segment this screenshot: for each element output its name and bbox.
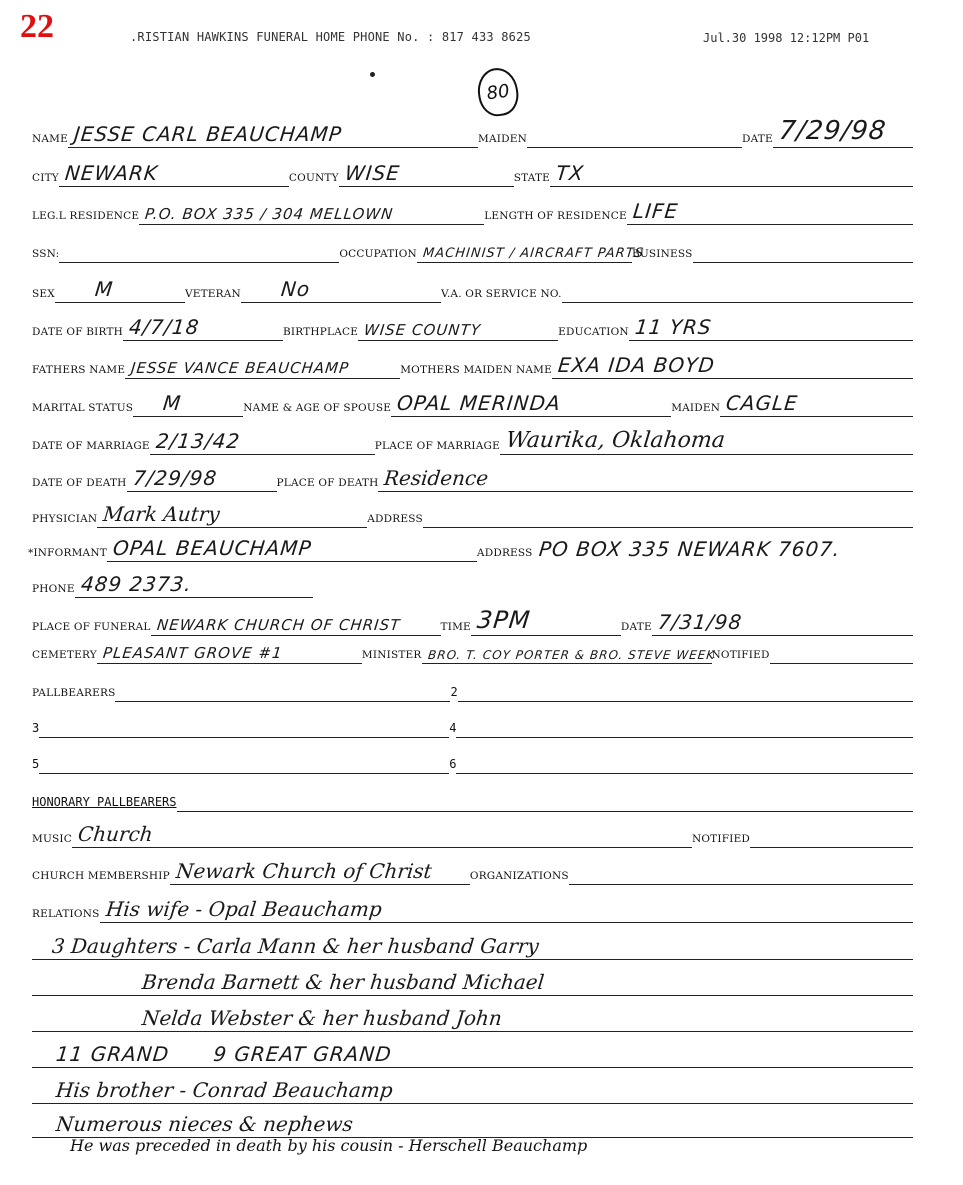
date-of-death-field[interactable]: 7/29/98	[127, 461, 277, 492]
place-of-death-label: Place of Death	[277, 477, 379, 492]
minister-field[interactable]: Bro. T. Coy Porter & Bro. Steve Week	[422, 633, 712, 664]
row-funeral: Place of Funeral Newark Church of Christ…	[32, 606, 913, 636]
spouse-label: Name & Age of Spouse	[243, 402, 391, 417]
speck	[370, 72, 375, 77]
length-of-residence-label: Length of Residence	[484, 210, 627, 225]
organizations-label: Organizations	[470, 870, 569, 885]
row-pallbearers-2: 3 4	[32, 708, 913, 738]
place-of-funeral-field[interactable]: Newark Church of Christ	[151, 605, 441, 636]
spouse-maiden-label: Maiden	[671, 402, 720, 417]
informant-label: *Informant	[28, 547, 107, 562]
county-label: County	[289, 172, 339, 187]
date-field[interactable]: 7/29/98	[773, 117, 913, 148]
physician-field[interactable]: Mark Autry	[97, 497, 367, 528]
cemetery-label: Cemetery	[32, 649, 97, 664]
row-legal-residence: Leg.l Residence P.O. Box 335 / 304 Mello…	[32, 195, 913, 225]
music-notified-field[interactable]	[750, 817, 913, 848]
physician-label: Physician	[32, 513, 97, 528]
informant-address-label: Address	[477, 547, 533, 562]
funeral-time-field[interactable]: 3PM	[471, 605, 621, 636]
city-label: City	[32, 172, 59, 187]
row-pallbearers-1: Pallbearers 2	[32, 672, 913, 702]
row-parents: Fathers Name Jesse Vance Beauchamp Mothe…	[32, 349, 913, 379]
row-church-membership: Church Membership Newark Church of Chris…	[32, 855, 913, 885]
dob-label: Date of Birth	[32, 326, 123, 341]
city-field[interactable]: Newark	[59, 156, 289, 187]
relations-line-2[interactable]: 3 Daughters - Carla Mann & her husband G…	[32, 929, 913, 960]
row-cemetery: Cemetery Pleasant Grove #1 Minister Bro.…	[32, 634, 913, 664]
legal-residence-field[interactable]: P.O. Box 335 / 304 Mellown	[139, 194, 484, 225]
fathers-name-label: Fathers Name	[32, 364, 125, 379]
physician-address-field[interactable]	[423, 497, 913, 528]
place-of-death-field[interactable]: Residence	[378, 461, 913, 492]
relations-line-4[interactable]: Nelda Webster & her husband John	[32, 1001, 913, 1032]
row-dob: Date of Birth 4/7/18 Birthplace Wise Cou…	[32, 311, 913, 341]
row-phone: Phone 489 2373.	[32, 568, 313, 598]
funeral-date-field[interactable]: 7/31/98	[652, 605, 913, 636]
row-city: City Newark County Wise State TX	[32, 157, 913, 187]
spouse-field[interactable]: Opal Merinda	[391, 386, 671, 417]
row-death: Date of Death 7/29/98 Place of Death Res…	[32, 462, 913, 492]
date-label: Date	[742, 133, 773, 148]
pallbearer-3-field[interactable]	[39, 707, 449, 738]
maiden-label: Maiden	[478, 133, 527, 148]
honorary-pallbearers-field[interactable]	[177, 781, 914, 812]
county-field[interactable]: Wise	[339, 156, 514, 187]
pallbearer-2-field[interactable]	[458, 671, 913, 702]
row-ssn: SSN: Occupation Machinist / Aircraft Par…	[32, 233, 913, 263]
relations-line-1[interactable]: His wife - Opal Beauchamp	[100, 892, 914, 923]
relations-line-5[interactable]: 11 Grand 9 Great Grand	[32, 1037, 913, 1068]
church-membership-label: Church Membership	[32, 870, 170, 885]
informant-address-field[interactable]: PO Box 335 Newark 7607.	[533, 532, 913, 562]
sex-field[interactable]: M	[55, 272, 185, 303]
va-service-no-field[interactable]	[562, 272, 913, 303]
cemetery-field[interactable]: Pleasant Grove #1	[97, 633, 362, 664]
relations-line-6[interactable]: His brother - Conrad Beauchamp	[32, 1073, 913, 1104]
birthplace-field[interactable]: Wise County	[358, 310, 558, 341]
name-label: Name	[32, 133, 68, 148]
pallbearer-2-label: 2	[450, 685, 457, 702]
fathers-name-field[interactable]: Jesse Vance Beauchamp	[125, 348, 400, 379]
row-marriage: Date of Marriage 2/13/42 Place of Marria…	[32, 425, 913, 455]
va-service-no-label: V.A. or Service No.	[441, 288, 562, 303]
maiden-field[interactable]	[527, 117, 742, 148]
pallbearer-4-field[interactable]	[456, 707, 913, 738]
minister-notified-label: Notified	[712, 649, 770, 664]
music-notified-label: Notified	[692, 833, 750, 848]
row-marital: Marital Status M Name & Age of Spouse Op…	[32, 387, 913, 417]
pallbearer-5-label: 5	[32, 757, 39, 774]
row-sex: Sex M Veteran No V.A. or Service No.	[32, 273, 913, 303]
date-of-death-label: Date of Death	[32, 477, 127, 492]
state-field[interactable]: TX	[550, 156, 913, 187]
pallbearer-1-field[interactable]	[115, 671, 450, 702]
row-physician: Physician Mark Autry Address	[32, 498, 913, 528]
row-informant: *Informant Opal Beauchamp Address PO Box…	[28, 532, 913, 562]
mothers-maiden-name-label: Mothers Maiden Name	[400, 364, 552, 379]
fax-header-sender: .RISTIAN HAWKINS FUNERAL HOME PHONE No. …	[130, 30, 531, 44]
birthplace-label: Birthplace	[283, 326, 358, 341]
fax-header-timestamp: Jul.30 1998 12:12PM P01	[703, 31, 869, 45]
phone-field[interactable]: 489 2373.	[75, 567, 313, 598]
mothers-maiden-name-field[interactable]: Exa Ida Boyd	[552, 348, 913, 379]
music-field[interactable]: Church	[72, 817, 692, 848]
page-number-label: 22	[20, 8, 54, 46]
marital-status-field[interactable]: M	[133, 386, 243, 417]
row-relations: Relations His wife - Opal Beauchamp	[32, 893, 913, 923]
marital-status-label: Marital Status	[32, 402, 133, 417]
pallbearer-3-label: 3	[32, 721, 39, 738]
dob-field[interactable]: 4/7/18	[123, 310, 283, 341]
circled-number: 80	[475, 65, 521, 118]
spouse-maiden-field[interactable]: Cagle	[720, 386, 913, 417]
music-label: Music	[32, 833, 72, 848]
education-label: Education	[558, 326, 629, 341]
name-field[interactable]: Jesse Carl Beauchamp	[68, 117, 478, 148]
physician-address-label: Address	[367, 513, 423, 528]
state-label: State	[514, 172, 550, 187]
occupation-label: Occupation	[339, 248, 417, 263]
veteran-field[interactable]: No	[241, 272, 441, 303]
relations-label: Relations	[32, 908, 100, 923]
legal-residence-label: Leg.l Residence	[32, 210, 139, 225]
length-of-residence-field[interactable]: Life	[627, 194, 913, 225]
phone-label: Phone	[32, 583, 75, 598]
pallbearers-label: Pallbearers	[32, 687, 115, 702]
date-of-marriage-field[interactable]: 2/13/42	[150, 424, 375, 455]
row-pallbearers-3: 5 6	[32, 744, 913, 774]
church-membership-field[interactable]: Newark Church of Christ	[170, 854, 470, 885]
place-of-marriage-label: Place of Marriage	[375, 440, 500, 455]
row-honorary-pallbearers: HONORARY PALLBEARERS	[32, 782, 913, 812]
ssn-label: SSN:	[32, 248, 59, 263]
ssn-field[interactable]	[59, 232, 339, 263]
honorary-pallbearers-label: HONORARY PALLBEARERS	[32, 795, 177, 812]
informant-field[interactable]: Opal Beauchamp	[107, 531, 477, 562]
relations-line-7[interactable]: Numerous nieces & nephews	[32, 1107, 913, 1138]
occupation-field[interactable]: Machinist / Aircraft Parts	[417, 232, 632, 263]
relations-line-3[interactable]: Brenda Barnett & her husband Michael	[32, 965, 913, 996]
relations-note: He was preceded in death by his cousin -…	[70, 1136, 587, 1155]
place-of-marriage-field[interactable]: Waurika, Oklahoma	[500, 424, 913, 455]
date-of-marriage-label: Date of Marriage	[32, 440, 150, 455]
organizations-field[interactable]	[569, 854, 913, 885]
veteran-label: Veteran	[185, 288, 241, 303]
row-name: Name Jesse Carl Beauchamp Maiden Date 7/…	[32, 118, 913, 148]
education-field[interactable]: 11 yrs	[629, 310, 913, 341]
minister-label: Minister	[362, 649, 422, 664]
business-field[interactable]	[693, 232, 913, 263]
sex-label: Sex	[32, 288, 55, 303]
minister-notified-field[interactable]	[770, 633, 913, 664]
pallbearer-4-label: 4	[449, 721, 456, 738]
pallbearer-5-field[interactable]	[39, 743, 449, 774]
pallbearer-6-field[interactable]	[456, 743, 913, 774]
pallbearer-6-label: 6	[449, 757, 456, 774]
row-music: Music Church Notified	[32, 818, 913, 848]
